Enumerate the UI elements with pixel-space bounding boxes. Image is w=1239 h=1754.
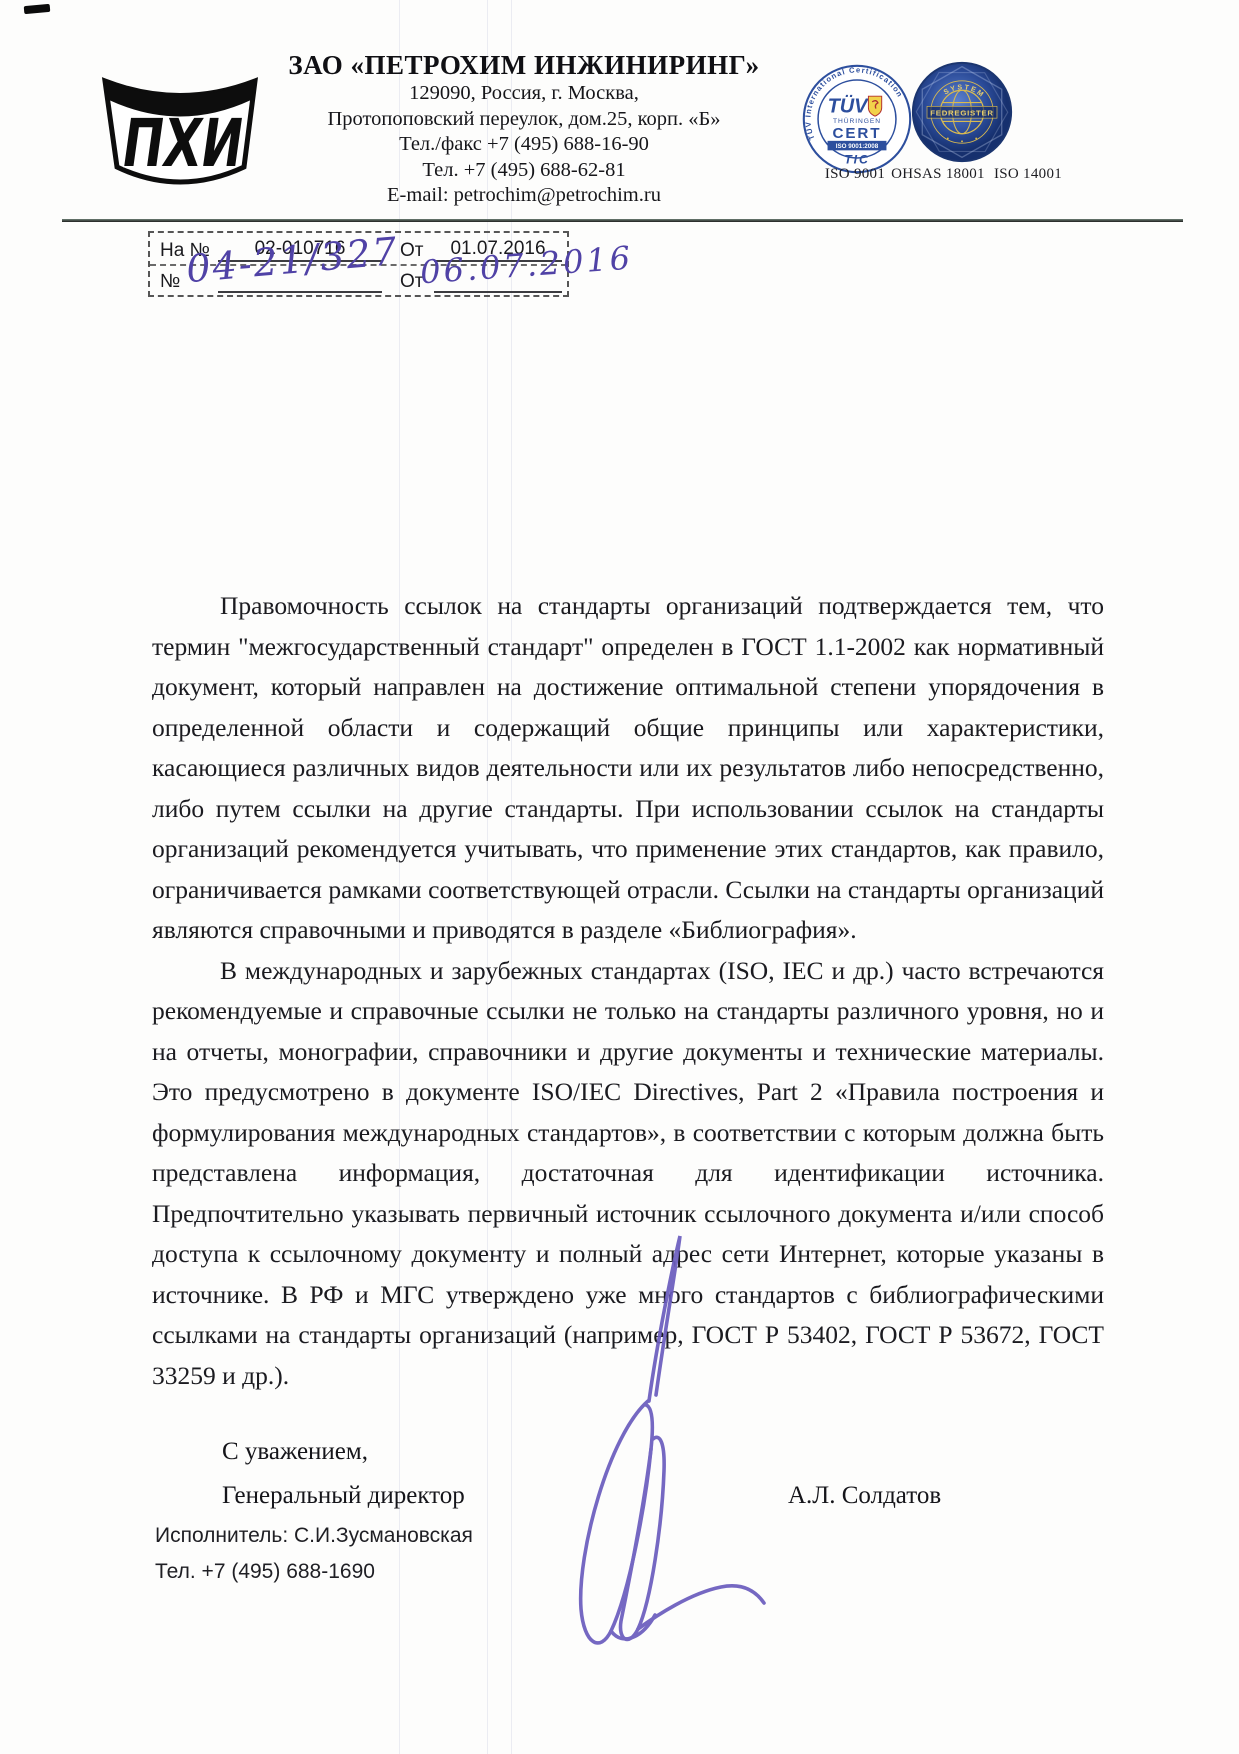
company-name: ЗАО «ПЕТРОХИМ ИНЖИНИРИНГ» xyxy=(268,50,780,81)
scan-corner-mark xyxy=(24,4,51,14)
company-logo-icon: ПХИ xyxy=(92,50,268,198)
tuv-cert-text: CERT xyxy=(833,125,882,142)
outgoing-date-underline xyxy=(434,291,562,293)
fedregister-badge-icon: SYSTEM FEDREGISTER xyxy=(910,60,1014,164)
tuv-region-text: THÜRINGEN xyxy=(833,117,881,125)
email-line: E-mail: petrochim@petrochim.ru xyxy=(268,183,780,209)
ohsas-caption: OHSAS 18001 xyxy=(886,166,990,183)
handwritten-signature xyxy=(545,1225,775,1662)
body-paragraph-1: Правомочность ссылок на стандарты органи… xyxy=(152,586,1104,951)
tuv-cert-badge-icon: TÜV International Certification TÜV THÜR… xyxy=(800,62,914,176)
address-line-2: Протопоповский переулок, дом.25, корп. «… xyxy=(268,107,780,133)
tuv-tic-text: TIC xyxy=(844,153,870,167)
tuv-brand-text: TÜV xyxy=(828,94,870,117)
iso-14001-caption: ISO 14001 xyxy=(988,166,1068,183)
signer-position: Генеральный директор xyxy=(222,1482,465,1510)
signer-name: А.Л. Солдатов xyxy=(788,1482,941,1510)
header-separator-line xyxy=(62,219,1183,222)
fed-band-text: FEDREGISTER xyxy=(930,108,993,117)
address-line-1: 129090, Россия, г. Москва, xyxy=(268,81,780,107)
executor-phone-line: Тел. +7 (495) 688-1690 xyxy=(155,1560,375,1584)
phone-line: Тел. +7 (495) 688-62-81 xyxy=(268,158,780,184)
executor-name-line: Исполнитель: С.И.Зусмановская xyxy=(155,1524,473,1548)
phone-fax-line: Тел./факс +7 (495) 688-16-90 xyxy=(268,132,780,158)
closing-salutation: С уважением, xyxy=(222,1438,368,1466)
tuv-iso-text: ISO 9001:2008 xyxy=(836,143,879,150)
letterhead-block: ЗАО «ПЕТРОХИМ ИНЖИНИРИНГ» 129090, Россия… xyxy=(268,50,780,209)
outgoing-number-underline xyxy=(218,291,382,293)
scanned-letter-page: ПХИ ЗАО «ПЕТРОХИМ ИНЖИНИРИНГ» 129090, Ро… xyxy=(0,0,1239,1754)
logo-letters: ПХИ xyxy=(117,104,248,182)
